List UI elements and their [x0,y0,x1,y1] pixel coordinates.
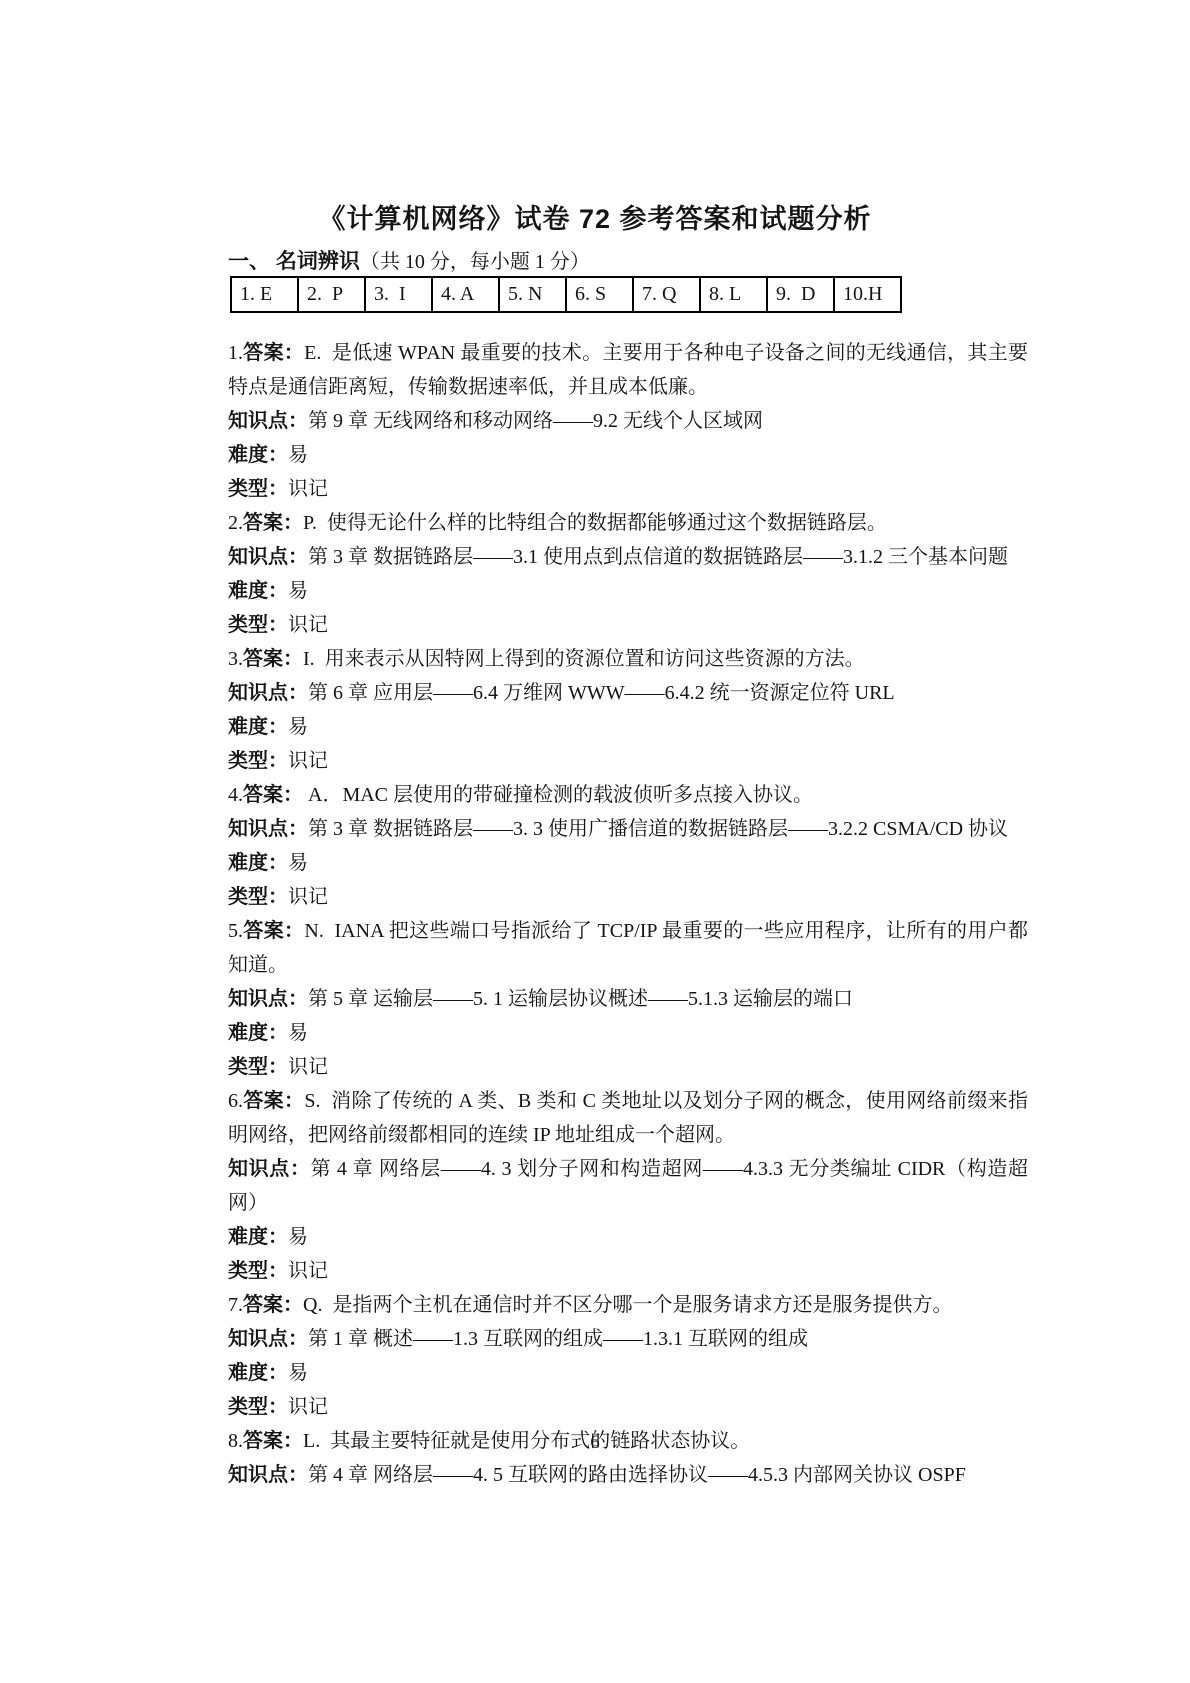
item-number: 1. [228,342,243,364]
difficulty-text: 易 [288,716,308,738]
answer-table-cell: 7. Q [633,277,700,312]
answer-table-cell: 6. S [566,277,633,312]
answer-table-row: 1. E 2. P 3. I 4. A 5. N 6. S 7. Q 8. L … [231,277,901,312]
difficulty-line: 难度：易 [228,846,1028,880]
type-line: 类型：识记 [228,608,1028,642]
answer-table-cell: 3. I [365,277,432,312]
answer-text: P. 使得无论什么样的比特组合的数据都能够通过这个数据链路层。 [303,512,887,534]
item-number: 2. [228,512,243,534]
type-label: 类型： [228,750,288,772]
difficulty-label: 难度： [228,1022,288,1044]
type-line: 类型：识记 [228,880,1028,914]
difficulty-label: 难度： [228,580,288,602]
answer-text: Q. 是指两个主机在通信时并不区分哪一个是服务请求方还是服务提供方。 [303,1294,952,1316]
answer-table-cell: 10.H [834,277,901,312]
difficulty-line: 难度：易 [228,438,1028,472]
answer-table-cell: 5. N [499,277,566,312]
answer-item: 7.答案：Q. 是指两个主机在通信时并不区分哪一个是服务请求方还是服务提供方。 … [228,1288,1028,1424]
answer-line: 5.答案：N. IANA 把这些端口号指派给了 TCP/IP 最重要的一些应用程… [228,914,1028,982]
answer-table: 1. E 2. P 3. I 4. A 5. N 6. S 7. Q 8. L … [230,276,902,313]
type-label: 类型： [228,1260,288,1282]
difficulty-label: 难度： [228,1362,288,1384]
item-number: 7. [228,1294,243,1316]
section-title: 名词辨识 [276,250,360,273]
answer-text: A．MAC 层使用的带碰撞检测的载波侦听多点接入协议。 [303,784,813,806]
answer-label: 答案： [243,1090,304,1112]
type-label: 类型： [228,886,288,908]
type-text: 识记 [288,886,328,908]
knowledge-line: 知识点：第 3 章 数据链路层——3. 3 使用广播信道的数据链路层——3.2.… [228,812,1028,846]
answer-table-cell: 1. E [231,277,298,312]
knowledge-text: 第 9 章 无线网络和移动网络——9.2 无线个人区域网 [308,410,763,432]
answer-items: 1.答案：E. 是低速 WPAN 最重要的技术。主要用于各种电子设备之间的无线通… [228,336,1028,1492]
answer-item: 4.答案： A．MAC 层使用的带碰撞检测的载波侦听多点接入协议。 知识点：第 … [228,778,1028,914]
answer-text: S. 消除了传统的 A 类、B 类和 C 类地址以及划分子网的概念，使用网络前缀… [228,1090,1028,1146]
knowledge-text: 第 1 章 概述——1.3 互联网的组成——1.3.1 互联网的组成 [308,1328,808,1350]
knowledge-line: 知识点：第 9 章 无线网络和移动网络——9.2 无线个人区域网 [228,404,1028,438]
knowledge-text: 第 3 章 数据链路层——3.1 使用点到点信道的数据链路层——3.1.2 三个… [308,546,1008,568]
answer-table-cell: 2. P [298,277,365,312]
type-text: 识记 [288,478,328,500]
item-number: 6. [228,1090,243,1112]
difficulty-text: 易 [288,580,308,602]
difficulty-text: 易 [288,444,308,466]
knowledge-line: 知识点：第 4 章 网络层——4. 3 划分子网和构造超网——4.3.3 无分类… [228,1152,1028,1220]
answer-line: 4.答案： A．MAC 层使用的带碰撞检测的载波侦听多点接入协议。 [228,778,1028,812]
knowledge-text: 第 3 章 数据链路层——3. 3 使用广播信道的数据链路层——3.2.2 CS… [308,818,1008,840]
answer-label: 答案： [243,648,303,670]
type-line: 类型：识记 [228,744,1028,778]
difficulty-label: 难度： [228,716,288,738]
difficulty-label: 难度： [228,852,288,874]
answer-label: 答案： [243,342,304,364]
type-text: 识记 [288,614,328,636]
knowledge-line: 知识点：第 6 章 应用层——6.4 万维网 WWW——6.4.2 统一资源定位… [228,676,1028,710]
type-text: 识记 [288,1396,328,1418]
answer-line: 3.答案：I. 用来表示从因特网上得到的资源位置和访问这些资源的方法。 [228,642,1028,676]
knowledge-text: 第 4 章 网络层——4. 3 划分子网和构造超网——4.3.3 无分类编址 C… [228,1158,1028,1214]
knowledge-line: 知识点：第 5 章 运输层——5. 1 运输层协议概述——5.1.3 运输层的端… [228,982,1028,1016]
knowledge-label: 知识点： [228,1464,308,1486]
section-heading: 一、 名词辨识（共 10 分，每小题 1 分） [228,245,590,275]
type-text: 识记 [288,750,328,772]
answer-table-cell: 8. L [700,277,767,312]
difficulty-text: 易 [288,852,308,874]
knowledge-line: 知识点：第 1 章 概述——1.3 互联网的组成——1.3.1 互联网的组成 [228,1322,1028,1356]
type-text: 识记 [288,1260,328,1282]
type-line: 类型：识记 [228,1050,1028,1084]
difficulty-text: 易 [288,1022,308,1044]
section-number: 一、 [228,250,276,273]
knowledge-line: 知识点：第 3 章 数据链路层——3.1 使用点到点信道的数据链路层——3.1.… [228,540,1028,574]
type-label: 类型： [228,1396,288,1418]
answer-item: 6.答案：S. 消除了传统的 A 类、B 类和 C 类地址以及划分子网的概念，使… [228,1084,1028,1288]
type-label: 类型： [228,1056,288,1078]
answer-label: 答案： [243,1294,303,1316]
difficulty-line: 难度：易 [228,1356,1028,1390]
item-number: 5. [228,920,243,942]
knowledge-label: 知识点： [228,682,308,704]
answer-line: 7.答案：Q. 是指两个主机在通信时并不区分哪一个是服务请求方还是服务提供方。 [228,1288,1028,1322]
answer-label: 答案： [243,920,304,942]
answer-item: 2.答案：P. 使得无论什么样的比特组合的数据都能够通过这个数据链路层。 知识点… [228,506,1028,642]
difficulty-line: 难度：易 [228,574,1028,608]
knowledge-text: 第 5 章 运输层——5. 1 运输层协议概述——5.1.3 运输层的端口 [308,988,853,1010]
knowledge-line: 知识点：第 4 章 网络层——4. 5 互联网的路由选择协议——4.5.3 内部… [228,1458,1028,1492]
answer-text: N. IANA 把这些端口号指派给了 TCP/IP 最重要的一些应用程序，让所有… [228,920,1028,976]
answer-item: 1.答案：E. 是低速 WPAN 最重要的技术。主要用于各种电子设备之间的无线通… [228,336,1028,506]
answer-line: 2.答案：P. 使得无论什么样的比特组合的数据都能够通过这个数据链路层。 [228,506,1028,540]
difficulty-line: 难度：易 [228,1016,1028,1050]
section-note: （共 10 分，每小题 1 分） [360,251,590,273]
knowledge-label: 知识点： [228,988,308,1010]
knowledge-text: 第 4 章 网络层——4. 5 互联网的路由选择协议——4.5.3 内部网关协议… [308,1464,966,1486]
type-text: 识记 [288,1056,328,1078]
answer-item: 5.答案：N. IANA 把这些端口号指派给了 TCP/IP 最重要的一些应用程… [228,914,1028,1084]
answer-label: 答案： [243,512,303,534]
type-label: 类型： [228,478,288,500]
difficulty-label: 难度： [228,1226,288,1248]
answer-label: 答案： [243,784,303,806]
knowledge-text: 第 6 章 应用层——6.4 万维网 WWW——6.4.2 统一资源定位符 UR… [308,682,895,704]
page-title: 《计算机网络》试卷 72 参考答案和试题分析 [0,197,1190,236]
document-page: 《计算机网络》试卷 72 参考答案和试题分析 一、 名词辨识（共 10 分，每小… [0,0,1190,1683]
difficulty-text: 易 [288,1226,308,1248]
answer-text: I. 用来表示从因特网上得到的资源位置和访问这些资源的方法。 [303,648,865,670]
answer-item: 3.答案：I. 用来表示从因特网上得到的资源位置和访问这些资源的方法。 知识点：… [228,642,1028,778]
answer-table-cell: 4. A [432,277,499,312]
type-line: 类型：识记 [228,1254,1028,1288]
knowledge-label: 知识点： [228,546,308,568]
item-number: 3. [228,648,243,670]
type-line: 类型：识记 [228,472,1028,506]
difficulty-label: 难度： [228,444,288,466]
difficulty-line: 难度：易 [228,1220,1028,1254]
type-line: 类型：识记 [228,1390,1028,1424]
difficulty-text: 易 [288,1362,308,1384]
knowledge-label: 知识点： [228,1158,311,1180]
page-number: 6 [0,1432,1190,1454]
type-label: 类型： [228,614,288,636]
answer-table-cell: 9. D [767,277,834,312]
answer-text: E. 是低速 WPAN 最重要的技术。主要用于各种电子设备之间的无线通信，其主要… [228,342,1028,398]
knowledge-label: 知识点： [228,1328,308,1350]
answer-line: 6.答案：S. 消除了传统的 A 类、B 类和 C 类地址以及划分子网的概念，使… [228,1084,1028,1152]
answer-line: 1.答案：E. 是低速 WPAN 最重要的技术。主要用于各种电子设备之间的无线通… [228,336,1028,404]
difficulty-line: 难度：易 [228,710,1028,744]
knowledge-label: 知识点： [228,410,308,432]
item-number: 4. [228,784,243,806]
knowledge-label: 知识点： [228,818,308,840]
